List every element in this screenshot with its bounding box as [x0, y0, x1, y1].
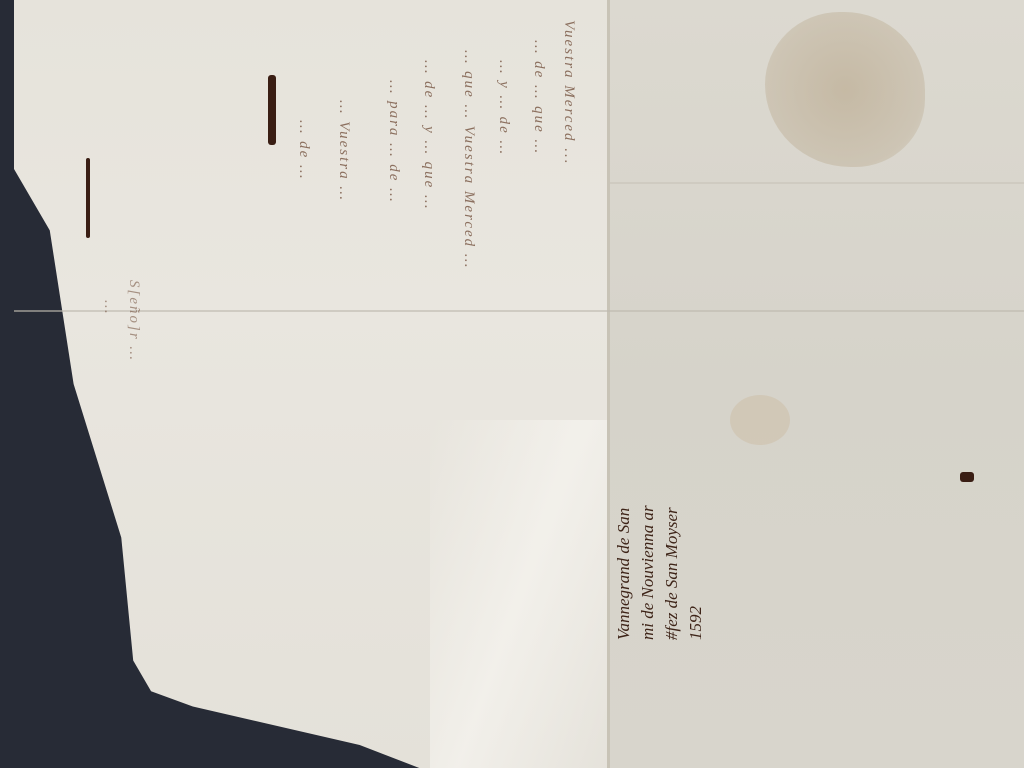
manuscript-photo: Vuestra Merced ... … de … que … … y … de…: [0, 0, 1024, 768]
ink-blot: [960, 472, 974, 482]
ink-flourish-left: [86, 158, 90, 238]
letter-line-2: … de … que …: [530, 40, 547, 155]
horizontal-fold-crease-outer: [610, 182, 1024, 184]
paper-fold-highlight: [430, 420, 610, 768]
signature-line-2: …: [100, 300, 117, 315]
horizontal-fold-crease: [14, 310, 1024, 312]
letter-line-3: … y … de …: [495, 60, 512, 156]
ink-flourish: [268, 75, 276, 145]
letter-line-4: … que … Vuestra Merced …: [460, 50, 477, 269]
paper-stain: [730, 395, 790, 445]
letter-line-8: … de …: [295, 120, 312, 180]
docket-date: 1592: [684, 340, 708, 640]
letter-line-7: … Vuestra …: [335, 100, 352, 202]
docket-line-2: mi de Nouvienna ar: [636, 340, 660, 640]
letter-line-6: … para … de …: [385, 80, 402, 204]
vertical-fold-crease: [607, 0, 610, 768]
docket-line-1: Vannegrand de San: [612, 340, 636, 640]
letter-line-1: Vuestra Merced ...: [560, 20, 577, 166]
docket-line-3: #fez de San Moyser: [660, 340, 684, 640]
letter-line-5: … de … y … que …: [420, 60, 437, 210]
signature-line-1: S[eño]r …: [125, 280, 142, 362]
docket-note: Vannegrand de San mi de Nouvienna ar #fe…: [612, 340, 712, 640]
